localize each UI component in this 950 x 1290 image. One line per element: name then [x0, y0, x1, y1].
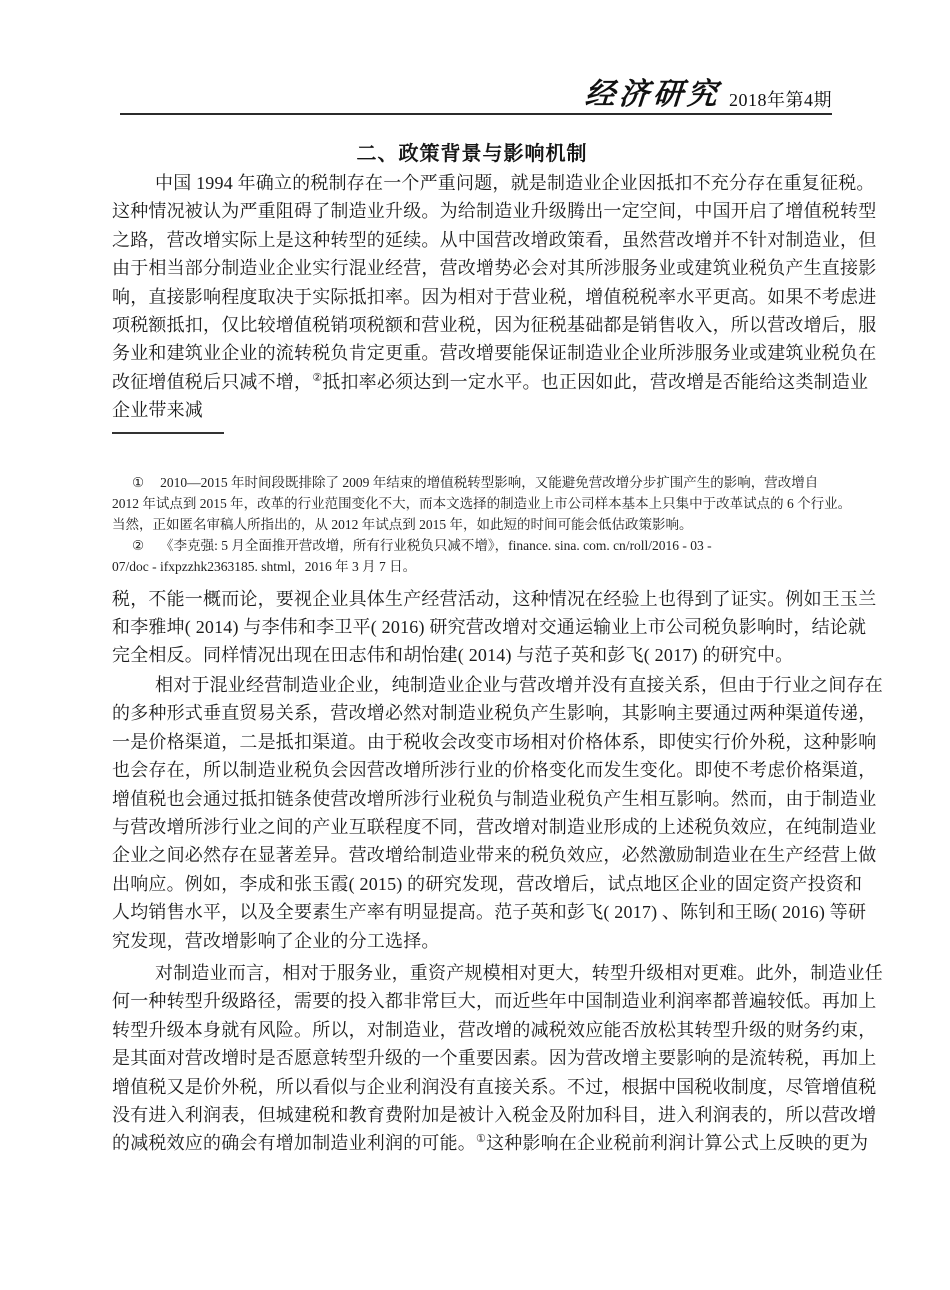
text-line: 与营改增所涉行业之间的产业互联程度不同，营改增对制造业形成的上述税负效应，在纯制… — [112, 813, 836, 841]
text-line: 增值税又是价外税，所以看似与企业利润没有直接关系。不过，根据中国税收制度，尽管增… — [112, 1073, 836, 1101]
footnote: ②《李克强: 5 月全面推开营改增，所有行业税负只减不增》，finance. s… — [112, 535, 836, 577]
footnote-line: ①2010—2015 年时间段既排除了 2009 年结束的增值税转型影响，又能避… — [112, 472, 836, 493]
text-line: 响，直接影响程度取决于实际抵扣率。因为相对于营业税，增值税税率水平更高。如果不考… — [112, 283, 836, 311]
text-line: 何一种转型升级路径，需要的投入都非常巨大，而近些年中国制造业利润率都普遍较低。再… — [112, 987, 836, 1015]
footnote-line: 07/doc - ifxpzzhk2363185. shtml，2016 年 3… — [112, 556, 836, 577]
footnote: ①2010—2015 年时间段既排除了 2009 年结束的增值税转型影响，又能避… — [112, 472, 836, 536]
paragraph: 对制造业而言，相对于服务业，重资产规模相对更大，转型升级相对更难。此外，制造业任… — [112, 959, 836, 1158]
footnote-marker: ① — [132, 472, 144, 493]
text-line: 项税额抵扣，仅比较增值税销项税额和营业税，因为征税基础都是销售收入，所以营改增后… — [112, 311, 836, 339]
text-line: 完全相反。同样情况出现在田志伟和胡怡建( 2014) 与范子英和彭飞( 2017… — [112, 641, 836, 669]
text-line: 的多种形式垂直贸易关系，营改增必然对制造业税负产生影响，其影响主要通过两种渠道传… — [112, 699, 836, 727]
text-line: 相对于混业经营制造业企业，纯制造业企业与营改增并没有直接关系，但由于行业之间存在 — [112, 671, 836, 699]
text-line: 税，不能一概而论，要视企业具体生产经营活动，这种情况在经验上也得到了证实。例如王… — [112, 585, 836, 613]
footnote-separator — [112, 432, 224, 434]
footnote-line: ②《李克强: 5 月全面推开营改增，所有行业税负只减不增》，finance. s… — [112, 535, 836, 556]
text-line: 增值税也会通过抵扣链条使营改增所涉行业税负与制造业税负产生相互影响。然而，由于制… — [112, 785, 836, 813]
text-line: 企业带来减 — [112, 396, 836, 424]
section-title: 二、政策背景与影响机制 — [112, 137, 832, 166]
header-rule — [120, 113, 832, 115]
text-line: 中国 1994 年确立的税制存在一个严重问题，就是制造业企业因抵扣不充分存在重复… — [112, 169, 836, 197]
paragraph: 相对于混业经营制造业企业，纯制造业企业与营改增并没有直接关系，但由于行业之间存在… — [112, 671, 836, 955]
text-line: 究发现，营改增影响了企业的分工选择。 — [112, 927, 836, 955]
journal-logo: 经济研究 — [584, 80, 722, 110]
footnote-ref: ② — [312, 372, 322, 384]
text-line: 是其面对营改增时是否愿意转型升级的一个重要因素。因为营改增主要影响的是流转税，再… — [112, 1044, 836, 1072]
text-line: 之路，营改增实际上是这种转型的延续。从中国营改增政策看，虽然营改增并不针对制造业… — [112, 226, 836, 254]
text-line: 和李雅坤( 2014) 与李伟和李卫平( 2016) 研究营改增对交通运输业上市… — [112, 613, 836, 641]
footnote-line: 当然，正如匿名审稿人所指出的，从 2012 年试点到 2015 年，如此短的时间… — [112, 514, 836, 535]
document-page: 经济研究 2018年第4期 二、政策背景与影响机制 中国 1994 年确立的税制… — [0, 0, 950, 1290]
text-line: 没有进入利润表，但城建税和教育费附加是被计入税金及附加科目，进入利润表的，所以营… — [112, 1101, 836, 1129]
text-line: 由于相当部分制造业企业实行混业经营，营改增势必会对其所涉服务业或建筑业税负产生直… — [112, 254, 836, 282]
text-line: 转型升级本身就有风险。所以，对制造业，营改增的减税效应能否放松其转型升级的财务约… — [112, 1016, 836, 1044]
text-line: 一是价格渠道，二是抵扣渠道。由于税收会改变市场相对价格体系，即使实行价外税，这种… — [112, 728, 836, 756]
footnote-line: 2012 年试点到 2015 年，改革的行业范围变化不大，而本文选择的制造业上市… — [112, 493, 836, 514]
issue-label: 2018年第4期 — [729, 90, 832, 110]
paragraph: 中国 1994 年确立的税制存在一个严重问题，就是制造业企业因抵扣不充分存在重复… — [112, 169, 836, 425]
paragraph: 税，不能一概而论，要视企业具体生产经营活动，这种情况在经验上也得到了证实。例如王… — [112, 585, 836, 670]
text-line: 务业和建筑业企业的流转税负肯定更重。营改增要能保证制造业企业所涉服务业或建筑业税… — [112, 339, 836, 367]
journal-header: 经济研究 2018年第4期 — [120, 80, 832, 110]
article-body: 中国 1994 年确立的税制存在一个严重问题，就是制造业企业因抵扣不充分存在重复… — [112, 169, 836, 1158]
text-line: 对制造业而言，相对于服务业，重资产规模相对更大，转型升级相对更难。此外，制造业任 — [112, 959, 836, 987]
footnote-ref: ① — [476, 1133, 486, 1145]
text-line: 也会存在，所以制造业税负会因营改增所涉行业的价格变化而发生变化。即使不考虑价格渠… — [112, 756, 836, 784]
text-line: 人均销售水平，以及全要素生产率有明显提高。范子英和彭飞( 2017) 、陈钊和王… — [112, 898, 836, 926]
text-line: 这种情况被认为严重阻碍了制造业升级。为给制造业升级腾出一定空间，中国开启了增值税… — [112, 197, 836, 225]
text-line: 出响应。例如，李成和张玉霞( 2015) 的研究发现，营改增后，试点地区企业的固… — [112, 870, 836, 898]
text-line: 改征增值税后只减不增，②抵扣率必须达到一定水平。也正因如此，营改增是否能给这类制… — [112, 368, 836, 396]
footnote-marker: ② — [132, 535, 144, 556]
text-line: 企业之间必然存在显著差异。营改增给制造业带来的税负效应，必然激励制造业在生产经营… — [112, 841, 836, 869]
text-line: 的减税效应的确会有增加制造业利润的可能。①这种影响在企业税前利润计算公式上反映的… — [112, 1129, 836, 1157]
